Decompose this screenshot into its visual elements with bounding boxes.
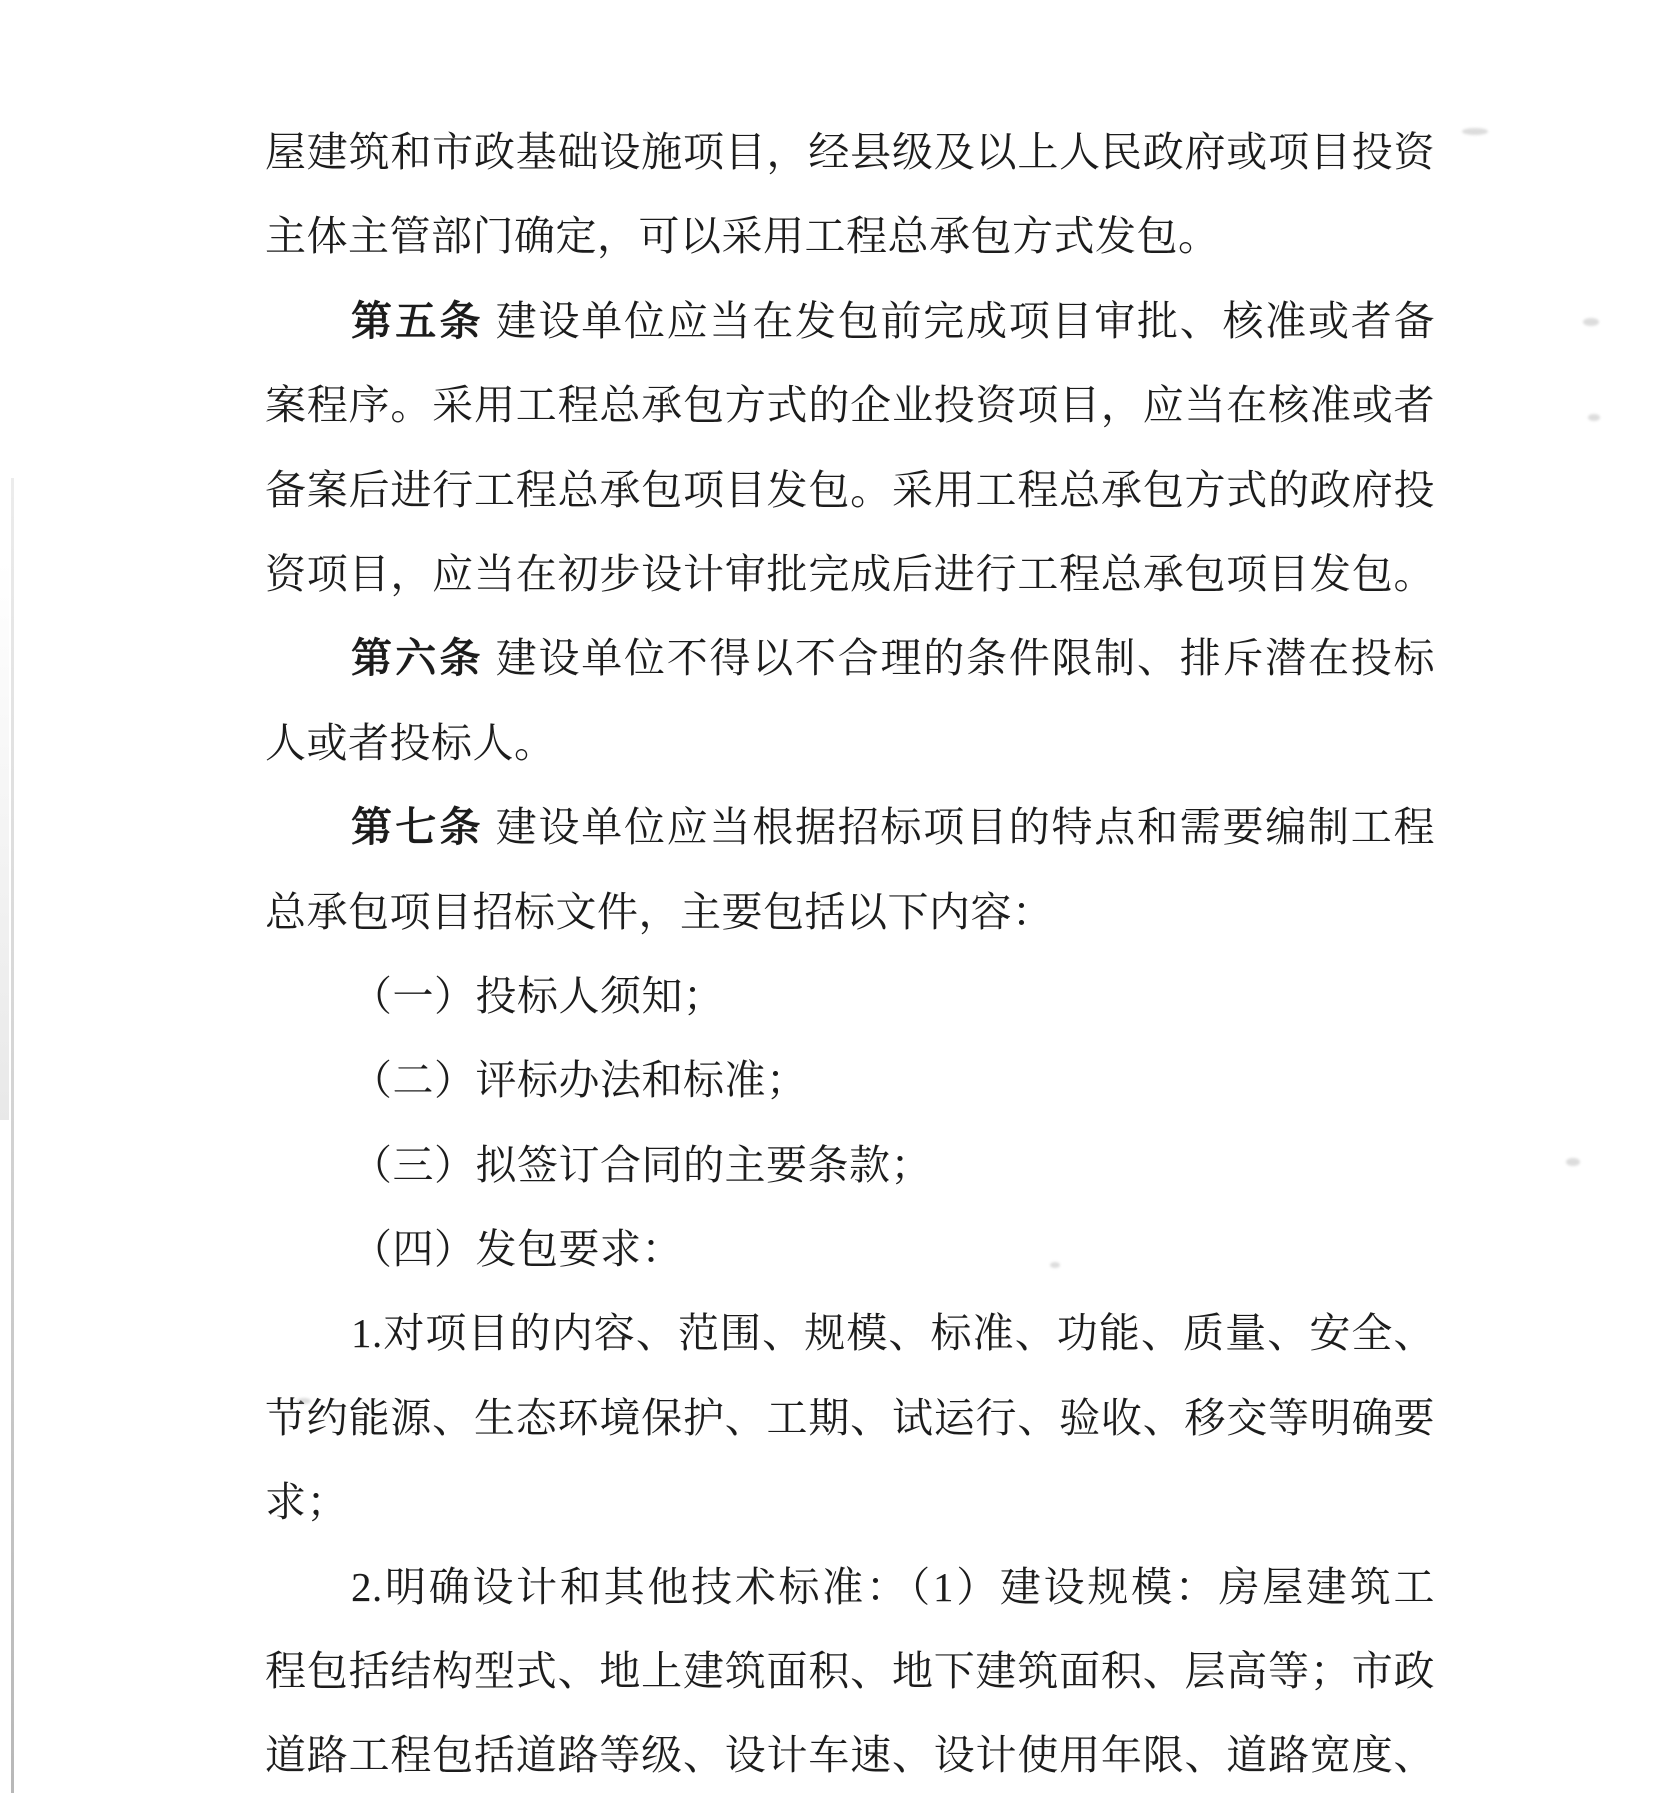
- text-line: 节约能源、生态环境保护、工期、试运行、验收、移交等明确要: [265, 1376, 1435, 1460]
- scan-edge-shadow: [11, 478, 14, 1793]
- article-number-bold: 第五条: [351, 298, 484, 344]
- text-line: 主体主管部门确定，可以采用工程总承包方式发包。: [265, 194, 1435, 278]
- scan-artifact: [1583, 318, 1599, 326]
- document-text-block: 屋建筑和市政基础设施项目，经县级及以上人民政府或项目投资主体主管部门确定，可以采…: [265, 110, 1435, 1793]
- text-line: 道路工程包括道路等级、设计车速、设计使用年限、道路宽度、: [265, 1713, 1435, 1793]
- text-line: （三）拟签订合同的主要条款；: [265, 1123, 1435, 1207]
- article-number-bold: 第六条: [351, 635, 484, 681]
- text-line: 1.对项目的内容、范围、规模、标准、功能、质量、安全、: [265, 1291, 1435, 1375]
- text-line: 人或者投标人。: [265, 701, 1435, 785]
- document-page: 屋建筑和市政基础设施项目，经县级及以上人民政府或项目投资主体主管部门确定，可以采…: [0, 0, 1653, 1793]
- text-line: 程包括结构型式、地上建筑面积、地下建筑面积、层高等；市政: [265, 1629, 1435, 1713]
- text-line: 资项目，应当在初步设计审批完成后进行工程总承包项目发包。: [265, 532, 1435, 616]
- text-line: （二）评标办法和标准；: [265, 1038, 1435, 1122]
- text-line: （四）发包要求：: [265, 1207, 1435, 1291]
- text-line: 屋建筑和市政基础设施项目，经县级及以上人民政府或项目投资: [265, 110, 1435, 194]
- text-line: 案程序。采用工程总承包方式的企业投资项目，应当在核准或者: [265, 363, 1435, 447]
- text-line-article-heading: 第五条 建设单位应当在发包前完成项目审批、核准或者备: [265, 279, 1435, 363]
- text-line: 备案后进行工程总承包项目发包。采用工程总承包方式的政府投: [265, 448, 1435, 532]
- text-line: 2.明确设计和其他技术标准：（1）建设规模：房屋建筑工: [265, 1545, 1435, 1629]
- text-line: 求；: [265, 1460, 1435, 1544]
- scan-artifact: [1566, 1158, 1580, 1166]
- text-line-article-heading: 第六条 建设单位不得以不合理的条件限制、排斥潜在投标: [265, 616, 1435, 700]
- scan-artifact: [1588, 414, 1600, 421]
- article-number-bold: 第七条: [351, 804, 484, 850]
- scan-artifact: [1462, 128, 1488, 135]
- text-line: 总承包项目招标文件，主要包括以下内容：: [265, 870, 1435, 954]
- scan-edge-shadow-faint: [0, 560, 9, 1120]
- text-line-article-heading: 第七条 建设单位应当根据招标项目的特点和需要编制工程: [265, 785, 1435, 869]
- text-line: （一）投标人须知；: [265, 954, 1435, 1038]
